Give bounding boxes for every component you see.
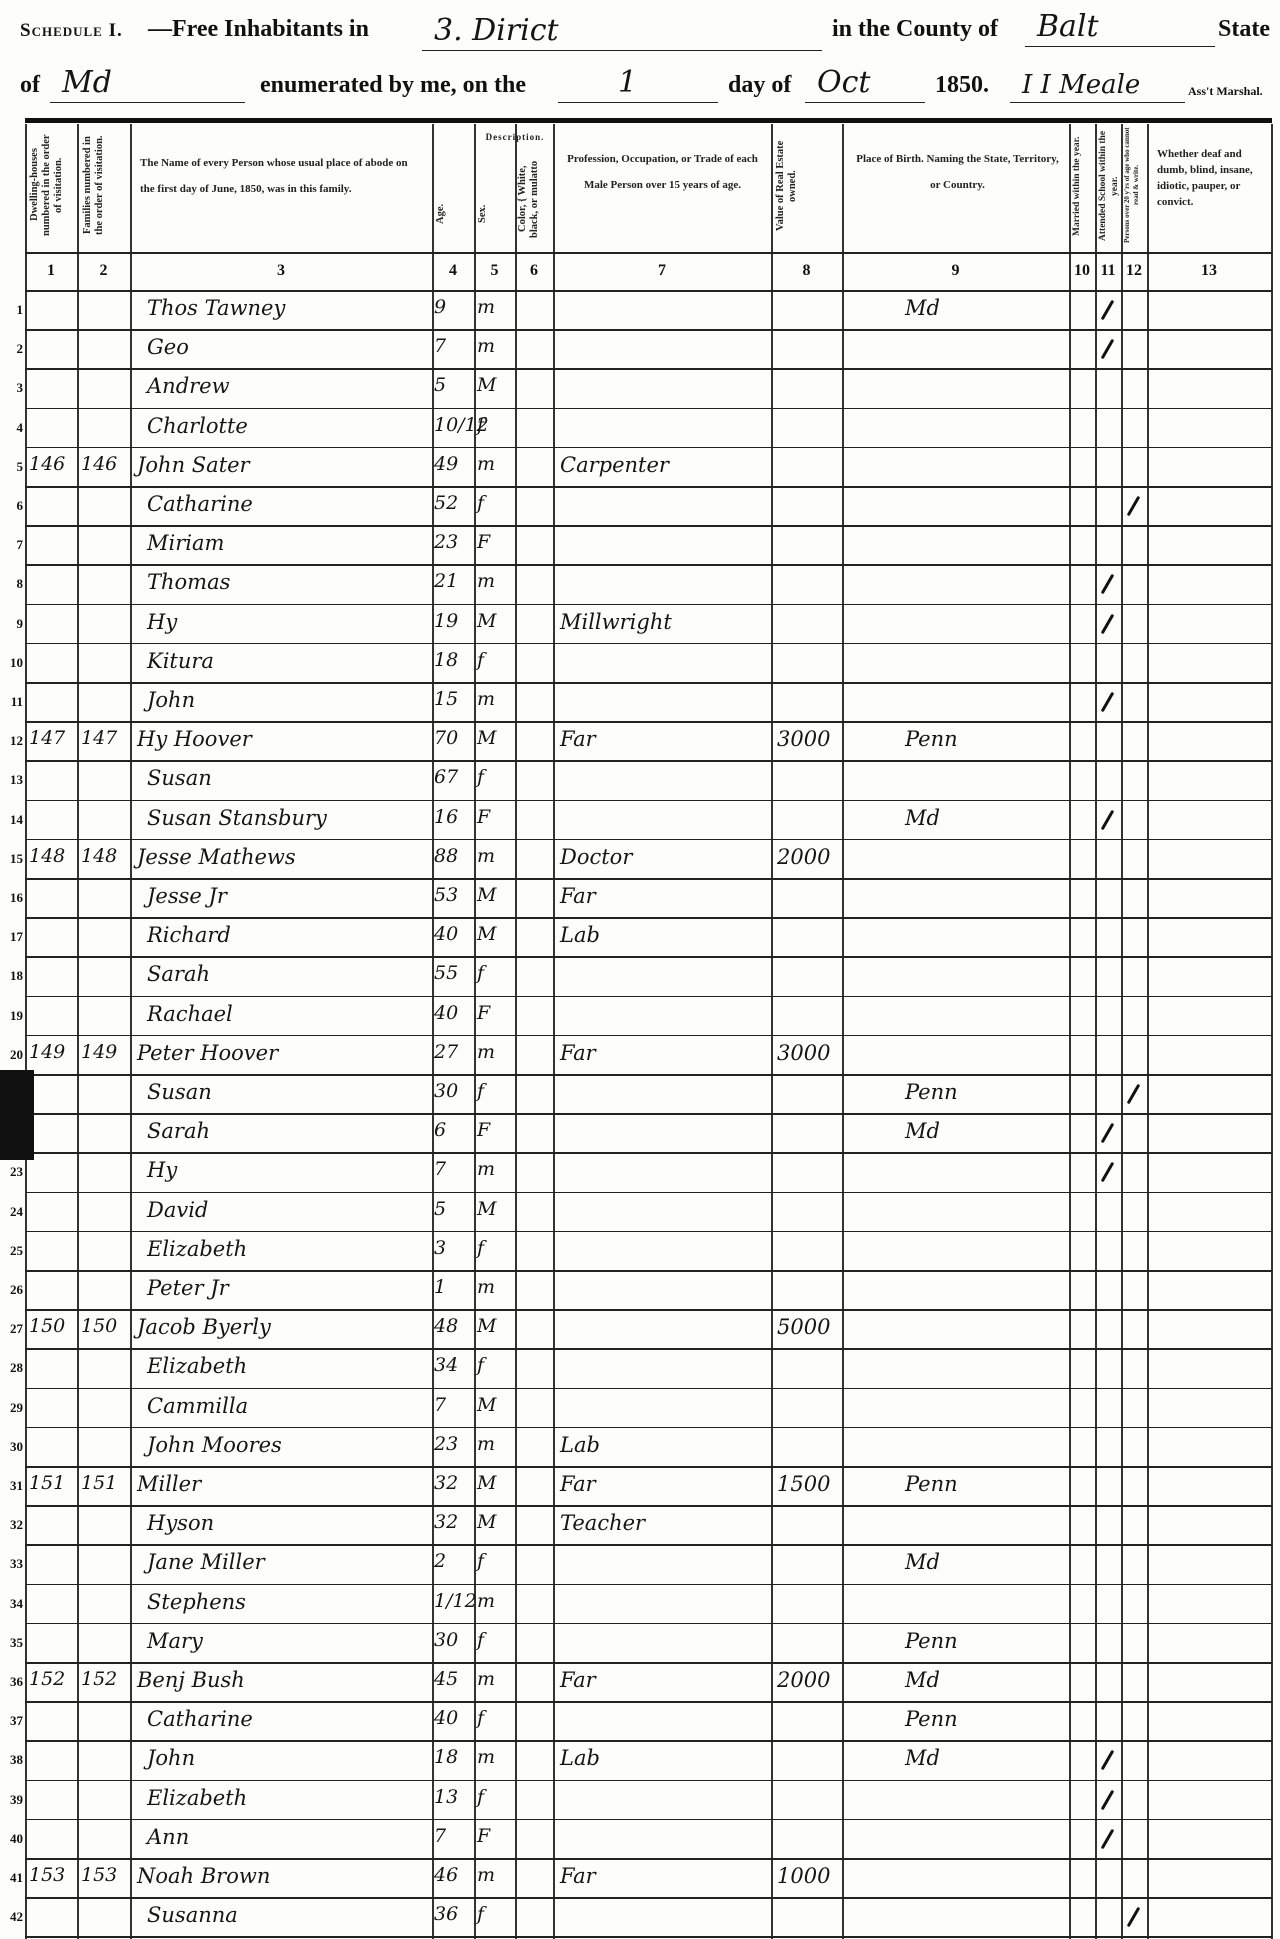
school-tick-icon <box>1101 1162 1115 1183</box>
day-value: 1 <box>618 65 637 100</box>
cell-sex: f <box>477 1786 515 1808</box>
county-field: Balt <box>1025 12 1215 47</box>
cell-family: 151 <box>81 1472 129 1494</box>
cell-name: Catharine <box>147 1707 437 1731</box>
cell-age: 6 <box>434 1119 474 1141</box>
line-number: 20 <box>1 1047 23 1063</box>
cell-name: Ann <box>147 1825 437 1849</box>
cell-real-estate: 3000 <box>777 727 841 751</box>
cell-age: 40 <box>434 1002 474 1024</box>
district-field: 3. Dirict <box>422 16 822 51</box>
cell-name: Hyson <box>147 1511 437 1535</box>
line-number: 15 <box>1 851 23 867</box>
title-line-1: Schedule I. —Free Inhabitants in 3. Diri… <box>20 12 1270 56</box>
cell-dwelling: 150 <box>29 1315 77 1337</box>
school-tick-icon <box>1101 1829 1115 1850</box>
cell-name: Benj Bush <box>137 1668 427 1692</box>
cell-family: 146 <box>81 453 129 475</box>
cell-name: Rachael <box>147 1002 437 1026</box>
cell-name: Peter Jr <box>147 1276 437 1300</box>
cell-age: 15 <box>434 688 474 710</box>
cell-sex: f <box>477 1080 515 1102</box>
cell-name: Elizabeth <box>147 1237 437 1261</box>
col-header-birthplace: Place of Birth. Naming the State, Territ… <box>855 146 1060 198</box>
cell-real-estate: 1000 <box>777 1864 841 1888</box>
cell-name: Jesse Mathews <box>137 845 427 869</box>
cell-name: Elizabeth <box>147 1354 437 1378</box>
cell-dwelling: 151 <box>29 1472 77 1494</box>
cell-name: Susanna <box>147 1903 437 1927</box>
cell-birthplace: Penn <box>905 727 1065 751</box>
cell-age: 5 <box>434 1198 474 1220</box>
cell-dwelling: 153 <box>29 1864 77 1886</box>
cannot-read-tick-icon <box>1127 496 1141 517</box>
cell-birthplace: Penn <box>905 1472 1065 1496</box>
line-number: 40 <box>1 1831 23 1847</box>
census-page: Schedule I. —Free Inhabitants in 3. Diri… <box>0 0 1280 1939</box>
cell-age: 30 <box>434 1629 474 1651</box>
line-number: 9 <box>1 616 23 632</box>
cell-sex: f <box>477 1707 515 1729</box>
cell-occupation: Millwright <box>560 610 760 634</box>
cell-age: 88 <box>434 845 474 867</box>
cell-sex: F <box>477 1825 515 1847</box>
cell-sex: f <box>477 1237 515 1259</box>
line-number: 30 <box>1 1439 23 1455</box>
cell-age: 5 <box>434 374 474 396</box>
cell-occupation: Teacher <box>560 1511 760 1535</box>
state-field: Md <box>50 68 245 103</box>
line-number: 17 <box>1 929 23 945</box>
cell-age: 45 <box>434 1668 474 1690</box>
line-number: 4 <box>1 420 23 436</box>
cell-sex: M <box>477 1198 515 1220</box>
col-number: 12 <box>1121 262 1147 280</box>
col-header-name: The Name of every Person whose usual pla… <box>140 150 425 202</box>
col-number: 3 <box>130 262 432 280</box>
cell-real-estate: 2000 <box>777 1668 841 1692</box>
cell-birthplace: Md <box>905 806 1065 830</box>
school-tick-icon <box>1101 300 1115 321</box>
cell-sex: m <box>477 570 515 592</box>
cell-dwelling: 147 <box>29 727 77 749</box>
cell-occupation: Far <box>560 727 760 751</box>
line-number: 19 <box>1 1008 23 1024</box>
cell-name: Catharine <box>147 492 437 516</box>
cell-sex: m <box>477 1041 515 1063</box>
cell-sex: m <box>477 1590 515 1612</box>
marshal-label: Ass't Marshal. <box>1188 84 1263 99</box>
line-number: 6 <box>1 498 23 514</box>
cell-name: Susan Stansbury <box>147 806 437 830</box>
cell-name: Geo <box>147 335 437 359</box>
line-number: 34 <box>1 1596 23 1612</box>
col-number: 1 <box>25 262 77 280</box>
cell-occupation: Lab <box>560 1433 760 1457</box>
cell-name: Thomas <box>147 570 437 594</box>
school-tick-icon <box>1101 339 1115 360</box>
cell-name: Hy <box>147 610 437 634</box>
cell-name: John Moores <box>147 1433 437 1457</box>
cell-sex: m <box>477 1276 515 1298</box>
cell-occupation: Far <box>560 1041 760 1065</box>
school-tick-icon <box>1101 809 1115 830</box>
cell-age: 2 <box>434 1550 474 1572</box>
line-number: 29 <box>1 1400 23 1416</box>
cell-name: Jesse Jr <box>147 884 437 908</box>
cell-sex: f <box>477 1550 515 1572</box>
cell-sex: m <box>477 335 515 357</box>
cell-sex: M <box>477 1315 515 1337</box>
line-number: 23 <box>1 1164 23 1180</box>
cell-age: 1 <box>434 1276 474 1298</box>
cell-sex: M <box>477 727 515 749</box>
cell-name: Miriam <box>147 531 437 555</box>
line-number: 37 <box>1 1713 23 1729</box>
cell-birthplace: Md <box>905 296 1065 320</box>
line-number: 12 <box>1 733 23 749</box>
cell-name: Cammilla <box>147 1394 437 1418</box>
line-number: 11 <box>1 694 23 710</box>
school-tick-icon <box>1101 613 1115 634</box>
cell-name: David <box>147 1198 437 1222</box>
col-number: 6 <box>515 262 553 280</box>
line-number: 16 <box>1 890 23 906</box>
of-label: of <box>20 72 40 99</box>
day-of-label: day of <box>728 72 791 99</box>
cell-sex: m <box>477 296 515 318</box>
cell-age: 30 <box>434 1080 474 1102</box>
cell-age: 52 <box>434 492 474 514</box>
cell-name: Jane Miller <box>147 1550 437 1574</box>
line-number: 2 <box>1 341 23 357</box>
day-field: 1 <box>558 68 718 103</box>
cell-name: Susan <box>147 766 437 790</box>
cell-sex: M <box>477 610 515 632</box>
cell-birthplace: Penn <box>905 1080 1065 1104</box>
month-value: Oct <box>817 65 870 100</box>
cell-age: 18 <box>434 649 474 671</box>
line-number: 32 <box>1 1517 23 1533</box>
line-number: 18 <box>1 968 23 984</box>
cell-family: 152 <box>81 1668 129 1690</box>
title-text: —Free Inhabitants in <box>148 16 369 43</box>
cell-birthplace: Penn <box>905 1629 1065 1653</box>
cell-sex: f <box>477 414 515 436</box>
cell-sex: m <box>477 688 515 710</box>
cell-name: Sarah <box>147 1119 437 1143</box>
school-tick-icon <box>1101 1750 1115 1771</box>
cell-name: Hy Hoover <box>137 727 427 751</box>
cell-name: John <box>147 1746 437 1770</box>
cell-birthplace: Penn <box>905 1707 1065 1731</box>
cell-sex: m <box>477 1433 515 1455</box>
cell-age: 32 <box>434 1511 474 1533</box>
col-number: 7 <box>553 262 771 280</box>
cell-age: 36 <box>434 1903 474 1925</box>
cell-age: 13 <box>434 1786 474 1808</box>
cell-name: Sarah <box>147 962 437 986</box>
cell-sex: M <box>477 923 515 945</box>
line-number: 26 <box>1 1282 23 1298</box>
cell-sex: f <box>477 962 515 984</box>
cell-age: 10/12 <box>434 414 474 436</box>
col-number: 9 <box>842 262 1069 280</box>
cell-family: 147 <box>81 727 129 749</box>
month-field: Oct <box>805 68 925 103</box>
cell-birthplace: Md <box>905 1668 1065 1692</box>
cell-occupation: Carpenter <box>560 453 760 477</box>
cell-sex: m <box>477 1864 515 1886</box>
col-number: 8 <box>771 262 842 280</box>
col-header-school: Attended School within the year. <box>1097 130 1119 242</box>
col-header-married: Married within the year. <box>1071 130 1093 242</box>
cell-age: 40 <box>434 923 474 945</box>
cell-family: 153 <box>81 1864 129 1886</box>
cell-name: Susan <box>147 1080 437 1104</box>
cell-age: 7 <box>434 1158 474 1180</box>
cell-age: 23 <box>434 531 474 553</box>
cell-name: Charlotte <box>147 414 437 438</box>
marshal-field: I I Meale <box>1010 68 1185 103</box>
cell-sex: M <box>477 884 515 906</box>
year-label: 1850. <box>935 72 989 99</box>
cell-sex: F <box>477 1119 515 1141</box>
cell-dwelling: 152 <box>29 1668 77 1690</box>
cell-sex: f <box>477 649 515 671</box>
cell-name: Hy <box>147 1158 437 1182</box>
cell-age: 49 <box>434 453 474 475</box>
description-group-header: Description. <box>455 132 575 142</box>
cell-age: 23 <box>434 1433 474 1455</box>
line-number: 33 <box>1 1556 23 1572</box>
col-header-sex: Sex. <box>477 184 513 244</box>
cell-sex: M <box>477 1511 515 1533</box>
school-tick-icon <box>1101 1789 1115 1810</box>
cell-family: 150 <box>81 1315 129 1337</box>
cell-family: 148 <box>81 845 129 867</box>
cell-occupation: Lab <box>560 1746 760 1770</box>
cell-dwelling: 146 <box>29 453 77 475</box>
line-number: 24 <box>1 1204 23 1220</box>
cell-sex: m <box>477 1746 515 1768</box>
cell-dwelling: 148 <box>29 845 77 867</box>
cell-occupation: Doctor <box>560 845 760 869</box>
line-number: 10 <box>1 655 23 671</box>
cell-age: 18 <box>434 1746 474 1768</box>
cell-name: Noah Brown <box>137 1864 427 1888</box>
cell-name: Thos Tawney <box>147 296 437 320</box>
cell-sex: m <box>477 845 515 867</box>
cell-dwelling: 149 <box>29 1041 77 1063</box>
enumerated-label: enumerated by me, on the <box>260 72 526 99</box>
cell-sex: F <box>477 806 515 828</box>
col-number: 5 <box>474 262 515 280</box>
cell-sex: F <box>477 1002 515 1024</box>
line-number: 41 <box>1 1870 23 1886</box>
cell-age: 27 <box>434 1041 474 1063</box>
cell-age: 67 <box>434 766 474 788</box>
cell-sex: f <box>477 1354 515 1376</box>
col-header-infirmity: Whether deaf and dumb, blind, insane, id… <box>1157 146 1269 210</box>
col-header-color: Color, { White, black, or mulatto <box>517 154 551 244</box>
header-rule <box>25 118 1272 123</box>
cell-name: John <box>147 688 437 712</box>
cell-name: Andrew <box>147 374 437 398</box>
title-line-2: of Md enumerated by me, on the 1 day of … <box>20 62 1270 106</box>
cell-sex: M <box>477 1394 515 1416</box>
cell-age: 3 <box>434 1237 474 1259</box>
cell-sex: m <box>477 453 515 475</box>
cell-age: 34 <box>434 1354 474 1376</box>
cell-age: 9 <box>434 296 474 318</box>
col-number: 2 <box>77 262 130 280</box>
line-number: 42 <box>1 1909 23 1925</box>
line-number: 25 <box>1 1243 23 1259</box>
line-number: 36 <box>1 1674 23 1690</box>
cell-birthplace: Md <box>905 1119 1065 1143</box>
cell-name: Stephens <box>147 1590 437 1614</box>
line-number: 5 <box>1 459 23 475</box>
line-number: 7 <box>1 537 23 553</box>
cell-age: 55 <box>434 962 474 984</box>
cell-age: 7 <box>434 1825 474 1847</box>
cell-name: John Sater <box>137 453 427 477</box>
cell-name: Peter Hoover <box>137 1041 427 1065</box>
cell-sex: f <box>477 766 515 788</box>
district-value: 3. Dirict <box>434 13 559 48</box>
cannot-read-tick-icon <box>1127 1907 1141 1928</box>
col-number: 11 <box>1095 262 1121 280</box>
cell-birthplace: Md <box>905 1550 1065 1574</box>
line-number: 38 <box>1 1752 23 1768</box>
marshal-name: I I Meale <box>1022 70 1140 100</box>
line-number: 3 <box>1 380 23 396</box>
cell-name: Richard <box>147 923 437 947</box>
school-tick-icon <box>1101 574 1115 595</box>
col-header-age: Age. <box>435 184 471 244</box>
cell-occupation: Far <box>560 1472 760 1496</box>
cell-sex: f <box>477 1629 515 1651</box>
cell-sex: M <box>477 1472 515 1494</box>
ink-blot <box>0 1070 34 1160</box>
cell-age: 21 <box>434 570 474 592</box>
col-number: 10 <box>1069 262 1095 280</box>
cell-age: 53 <box>434 884 474 906</box>
cell-sex: m <box>477 1668 515 1690</box>
state-label: State <box>1218 16 1270 43</box>
line-number: 8 <box>1 576 23 592</box>
cell-real-estate: 5000 <box>777 1315 841 1339</box>
cell-occupation: Far <box>560 884 760 908</box>
line-number: 14 <box>1 812 23 828</box>
cannot-read-tick-icon <box>1127 1084 1141 1105</box>
cell-occupation: Lab <box>560 923 760 947</box>
line-number: 1 <box>1 302 23 318</box>
cell-age: 40 <box>434 1707 474 1729</box>
cell-name: Miller <box>137 1472 427 1496</box>
line-number: 31 <box>1 1478 23 1494</box>
col-header-family: Families numbered in the order of visita… <box>82 130 126 240</box>
county-label: in the County of <box>832 16 998 43</box>
cell-birthplace: Md <box>905 1746 1065 1770</box>
cell-age: 70 <box>434 727 474 749</box>
cell-sex: M <box>477 374 515 396</box>
cell-name: Kitura <box>147 649 437 673</box>
cell-real-estate: 3000 <box>777 1041 841 1065</box>
col-header-real-estate: Value of Real Estate owned. <box>775 130 839 242</box>
line-number: 35 <box>1 1635 23 1651</box>
col-header-cannot-read: Persons over 20 y'rs of age who cannot r… <box>1123 126 1145 244</box>
col-header-dwelling: Dwelling-houses numbered in the order of… <box>29 130 73 240</box>
census-table: Dwelling-houses numbered in the order of… <box>25 124 1272 1939</box>
col-header-occupation: Profession, Occupation, or Trade of each… <box>560 146 765 198</box>
line-number: 13 <box>1 772 23 788</box>
cell-sex: m <box>477 1158 515 1180</box>
cell-age: 48 <box>434 1315 474 1337</box>
cell-family: 149 <box>81 1041 129 1063</box>
cell-name: Mary <box>147 1629 437 1653</box>
cell-occupation: Far <box>560 1668 760 1692</box>
cell-sex: f <box>477 1903 515 1925</box>
county-value: Balt <box>1037 9 1099 44</box>
line-number: 39 <box>1 1792 23 1808</box>
cell-age: 7 <box>434 335 474 357</box>
cell-sex: F <box>477 531 515 553</box>
school-tick-icon <box>1101 692 1115 713</box>
cell-sex: f <box>477 492 515 514</box>
cell-real-estate: 1500 <box>777 1472 841 1496</box>
cell-real-estate: 2000 <box>777 845 841 869</box>
cell-name: Jacob Byerly <box>137 1315 427 1339</box>
cell-age: 7 <box>434 1394 474 1416</box>
cell-age: 32 <box>434 1472 474 1494</box>
cell-age: 16 <box>434 806 474 828</box>
schedule-label: Schedule I. <box>20 20 123 42</box>
school-tick-icon <box>1101 1123 1115 1144</box>
line-number: 28 <box>1 1360 23 1376</box>
cell-name: Elizabeth <box>147 1786 437 1810</box>
cell-age: 1/12 <box>434 1590 474 1612</box>
line-number: 27 <box>1 1321 23 1337</box>
cell-age: 46 <box>434 1864 474 1886</box>
state-value: Md <box>62 65 112 100</box>
col-number: 13 <box>1147 262 1271 280</box>
col-number: 4 <box>432 262 474 280</box>
cell-age: 19 <box>434 610 474 632</box>
cell-occupation: Far <box>560 1864 760 1888</box>
